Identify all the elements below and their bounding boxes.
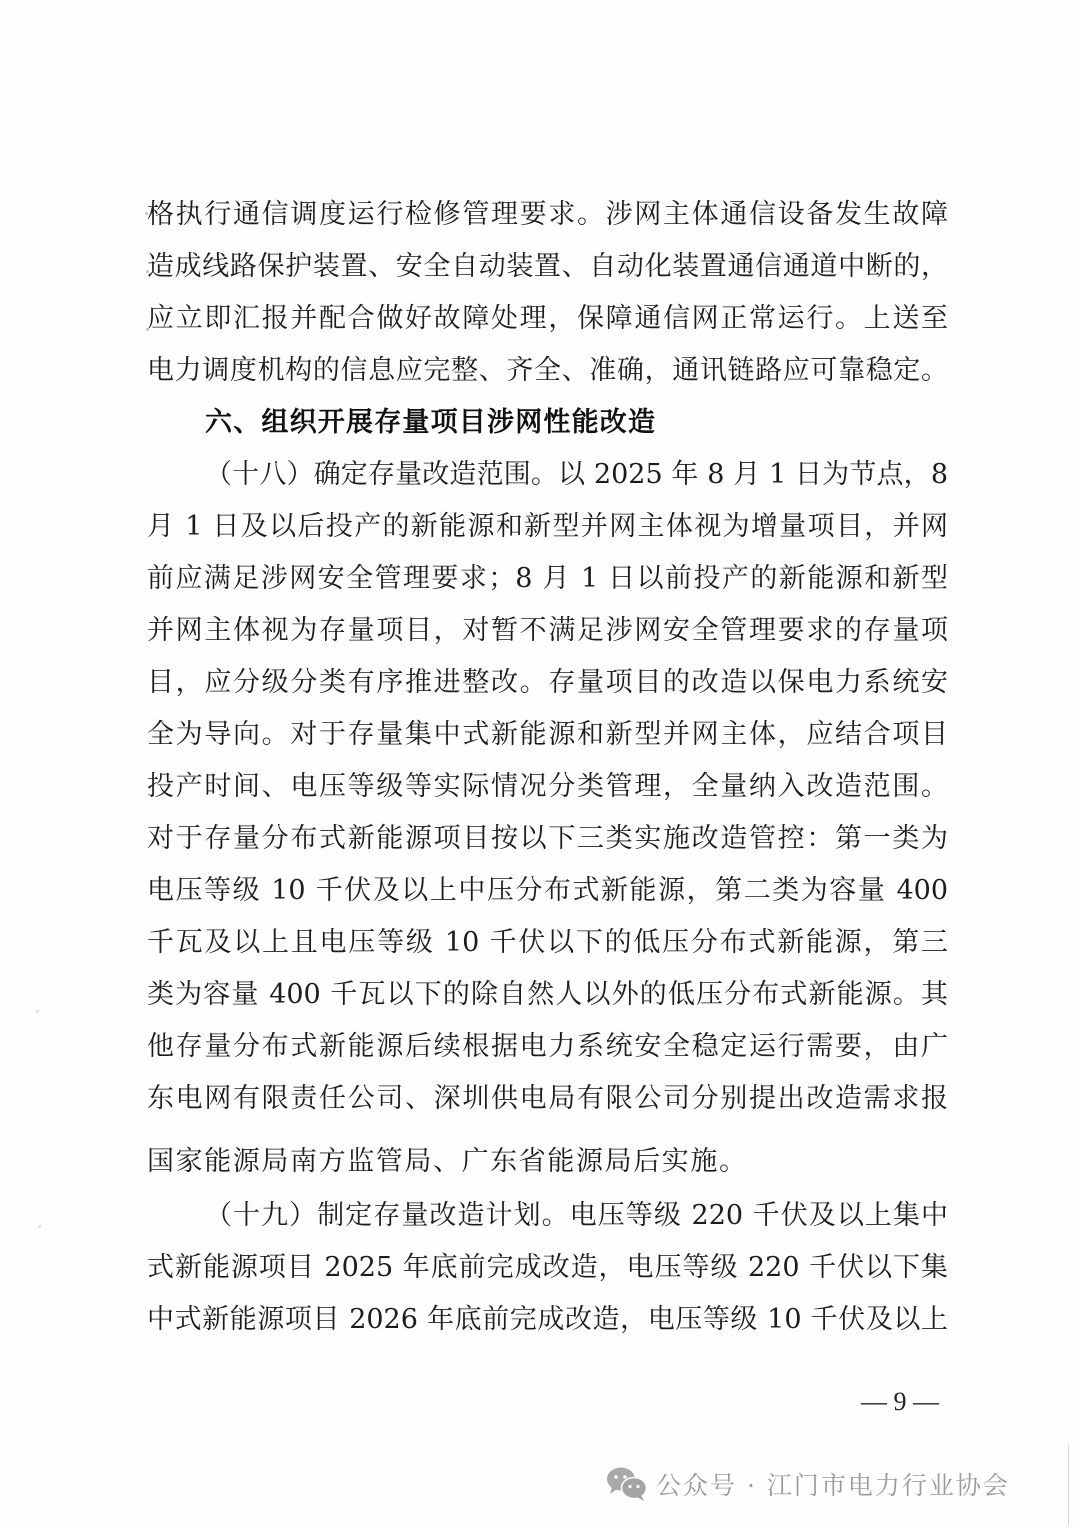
- paragraph-first-line: （十八）确定存量改造范围。以 2025 年 8 月 1 日为节点，8: [205, 455, 948, 495]
- scan-edge-line: [1068, 1445, 1069, 1525]
- scan-speck: [146, 270, 149, 273]
- page-number: — 9 —: [852, 1386, 948, 1418]
- paragraph-last-line: 国家能源局南方监管局、广东省能源局后实施。: [147, 1142, 948, 1182]
- document-page: 格执行通信调度运行检修管理要求。涉网主体通信设备发生故障 造成线路保护装置、安全…: [0, 0, 1080, 1528]
- body-line: 应立即汇报并配合做好故障处理，保障通信网正常运行。上送至: [147, 299, 948, 339]
- body-line: 前应满足涉网安全管理要求；8 月 1 日以前投产的新能源和新型: [147, 559, 948, 599]
- section-heading: 六、组织开展存量项目涉网性能改造: [205, 403, 656, 443]
- body-line: 东电网有限责任公司、深圳供电局有限公司分别提出改造需求报: [147, 1079, 948, 1119]
- body-line: 全为导向。对于存量集中式新能源和新型并网主体，应结合项目: [147, 715, 948, 755]
- watermark-text: 公众号 · 江门市电力行业协会: [656, 1466, 1010, 1502]
- body-line: 目，应分级分类有序推进整改。存量项目的改造以保电力系统安: [147, 663, 948, 703]
- body-line: 格执行通信调度运行检修管理要求。涉网主体通信设备发生故障: [147, 195, 948, 235]
- body-line: 他存量分布式新能源后续根据电力系统安全稳定运行需要，由广: [147, 1027, 948, 1067]
- body-line: 千瓦及以上且电压等级 10 千伏以下的低压分布式新能源，第三: [147, 923, 948, 963]
- scan-speck: [36, 1010, 39, 1013]
- body-line: 类为容量 400 千瓦以下的除自然人以外的低压分布式新能源。其: [147, 975, 948, 1015]
- body-line: 电力调度机构的信息应完整、齐全、准确，通讯链路应可靠稳定。: [147, 351, 948, 391]
- wechat-icon: [606, 1466, 648, 1502]
- scan-speck: [145, 212, 148, 215]
- body-line: 式新能源项目 2025 年底前完成改造，电压等级 220 千伏以下集: [147, 1248, 948, 1288]
- scan-speck: [146, 328, 149, 331]
- body-line: 电压等级 10 千伏及以上中压分布式新能源，第二类为容量 400: [147, 871, 948, 911]
- body-line: 中式新能源项目 2026 年底前完成改造，电压等级 10 千伏及以上: [147, 1300, 948, 1340]
- body-line: 造成线路保护装置、安全自动装置、自动化装置通信通道中断的，: [147, 247, 948, 287]
- body-line: 并网主体视为存量项目，对暂不满足涉网安全管理要求的存量项: [147, 611, 948, 651]
- scan-speck: [38, 1225, 41, 1228]
- body-line: 投产时间、电压等级等实际情况分类管理，全量纳入改造范围。: [147, 767, 948, 807]
- body-line: 月 1 日及以后投产的新能源和新型并网主体视为增量项目，并网: [147, 507, 948, 547]
- body-line: 对于存量分布式新能源项目按以下三类实施改造管控：第一类为: [147, 819, 948, 859]
- paragraph-first-line: （十九）制定存量改造计划。电压等级 220 千伏及以上集中: [205, 1196, 948, 1236]
- wechat-watermark: 公众号 · 江门市电力行业协会: [606, 1464, 1010, 1504]
